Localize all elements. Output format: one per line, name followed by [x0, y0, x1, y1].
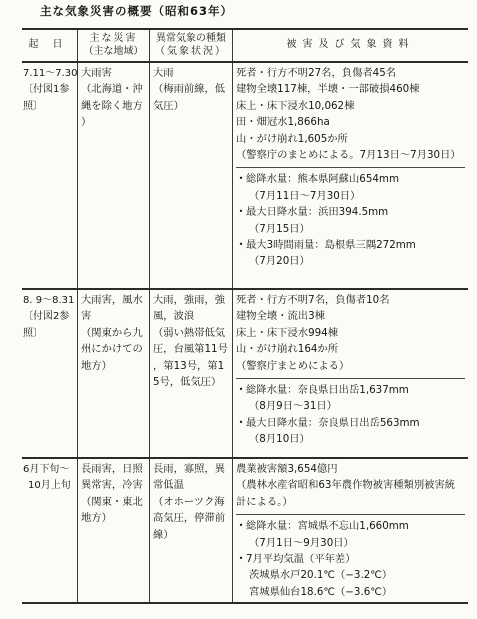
record-main-text: 総降水量：奈良県日出岳1,637mm	[246, 382, 409, 398]
weather-records-section: • 総降水量：宮城県不忘山1,660mm （7月1日～9月30日） • 7月平均…	[236, 514, 465, 600]
cell-date: 7.11～7.30 〔付図1参照〕	[22, 63, 77, 288]
bullet-icon: •	[236, 171, 246, 187]
record-item: • 総降水量：熊本県阿蘇山654mm	[236, 171, 465, 187]
damage-line: 農業被害額3,654億円	[236, 461, 465, 477]
record-sub-text: （8月9日～31日）	[236, 398, 465, 414]
date-period: 8. 9～8.31	[23, 293, 76, 309]
record-item: • 最大3時間雨量：島根県三隅272mm	[236, 237, 465, 253]
damage-line: 床上・床下浸水10,062棟	[236, 98, 465, 114]
damage-source-note: （警察庁まとめによる）	[236, 358, 465, 374]
cell-date: 6月下旬～ 10月上旬	[22, 459, 77, 602]
page-title: 主な気象災害の概要（昭和63年）	[40, 3, 233, 19]
date-figure-note: 〔付図2参照〕	[23, 309, 76, 342]
disaster-row-cool-summer: 6月下旬～ 10月上旬 長雨害，日照異常害，冷害 （関東・東北地方） 長雨，寡照…	[22, 457, 468, 602]
header-date-label: 起日	[23, 39, 77, 52]
cell-date: 8. 9～8.31 〔付図2参照〕	[22, 290, 77, 457]
record-sub-text: 茨城県水戸20.1℃（−3.2℃）	[236, 567, 465, 583]
damage-line: 山・がけ崩れ1,605か所	[236, 131, 465, 147]
date-figure-note: 〔付図1参照〕	[23, 82, 76, 115]
header-disaster-line1: 主な災害	[90, 33, 138, 46]
header-weather-line2: （気象状況）	[155, 46, 227, 59]
damage-line: 建物全壊・流出3棟	[236, 308, 465, 324]
record-item: • 総降水量：奈良県日出岳1,637mm	[236, 382, 465, 398]
bullet-icon: •	[236, 415, 246, 431]
header-weather-line1: 異常気象の種類	[156, 33, 226, 46]
date-period-end: 10月上旬	[23, 478, 76, 494]
cell-damage: 死者・行方不明27名，負傷者45名 建物全壊117棟，半壊・一部破損460棟 床…	[232, 63, 468, 288]
weather-records-section: • 総降水量：奈良県日出岳1,637mm （8月9日～31日） • 最大日降水量…	[236, 378, 465, 448]
record-item: • 7月平均気温（平年差）	[236, 551, 465, 567]
bullet-icon: •	[236, 237, 246, 253]
damage-line: 田・畑冠水1,866ha	[236, 114, 465, 130]
record-main-text: 最大日降水量：浜田394.5mm	[246, 204, 388, 220]
record-sub-text: （8月10日）	[236, 431, 465, 447]
date-period: 7.11～7.30	[23, 66, 76, 82]
record-sub-text: （7月1日～9月30日）	[236, 535, 465, 551]
disaster-row-july-heavy-rain: 7.11～7.30 〔付図1参照〕 大雨害 （北海道・沖縄を除く地方） 大雨 （…	[22, 61, 468, 288]
header-cell-disaster: 主な災害 （主な地域）	[77, 30, 149, 61]
weather-type: 大雨	[153, 65, 229, 81]
record-main-text: 7月平均気温（平年差）	[246, 551, 356, 567]
record-sub-text: 宮城県仙台18.6℃（−3.6℃）	[236, 584, 465, 600]
table-header-row: 起日 主な災害 （主な地域） 異常気象の種類 （気象状況） 被害及び気象資料	[22, 30, 468, 61]
cell-damage: 農業被害額3,654億円 （農林水産省昭和63年農作物被害種類別被害統計による。…	[232, 459, 468, 602]
record-item: • 最大日降水量：浜田394.5mm	[236, 204, 465, 220]
header-cell-damage: 被害及び気象資料	[232, 30, 468, 61]
weather-cause: （弱い熱帯低気圧，台風第11号，第13号，第15号，低気圧）	[153, 325, 229, 391]
header-damage-label: 被害及び気象資料	[287, 39, 415, 52]
damage-source-note: （警察庁のまとめによる。7月13日～7月30日）	[236, 147, 465, 163]
weather-disaster-table: 起日 主な災害 （主な地域） 異常気象の種類 （気象状況） 被害及び気象資料 7…	[22, 28, 468, 604]
record-sub-text: （7月11日～7月30日）	[236, 188, 465, 204]
cell-disaster: 大雨害 （北海道・沖縄を除く地方）	[77, 63, 149, 288]
record-sub-text: （7月20日）	[236, 253, 465, 269]
disaster-region: （関東から九州にかけての地方）	[81, 325, 146, 374]
bullet-icon: •	[236, 204, 246, 220]
weather-type: 大雨，強雨，強風，波浪	[153, 292, 229, 325]
cell-weather: 長雨，寡照，異常低温 （オホーツク海高気圧，停滞前線）	[149, 459, 232, 602]
record-item: • 総降水量：宮城県不忘山1,660mm	[236, 518, 465, 534]
damage-line: 山・がけ崩れ164か所	[236, 341, 465, 357]
disaster-type: 大雨害，風水害	[81, 292, 146, 325]
cell-damage: 死者・行方不明7名，負傷者10名 建物全壊・流出3棟 床上・床下浸水994棟 山…	[232, 290, 468, 457]
bullet-icon: •	[236, 551, 246, 567]
header-disaster-line2: （主な地域）	[84, 46, 144, 59]
damage-line: 床上・床下浸水994棟	[236, 325, 465, 341]
damage-line: 死者・行方不明7名，負傷者10名	[236, 292, 465, 308]
bullet-icon: •	[236, 382, 246, 398]
damage-line: 建物全壊117棟，半壊・一部破損460棟	[236, 81, 465, 97]
cell-disaster: 長雨害，日照異常害，冷害 （関東・東北地方）	[77, 459, 149, 602]
weather-records-section: • 総降水量：熊本県阿蘇山654mm （7月11日～7月30日） • 最大日降水…	[236, 167, 465, 269]
disaster-region: （北海道・沖縄を除く地方）	[81, 81, 146, 130]
weather-cause: （梅雨前線，低気圧）	[153, 81, 229, 114]
header-cell-date: 起日	[22, 30, 77, 61]
damage-source-note: （農林水産省昭和63年農作物被害種類別被害統計による。）	[236, 477, 465, 510]
disaster-region: （関東・東北地方）	[81, 494, 146, 527]
record-main-text: 最大3時間雨量：島根県三隅272mm	[246, 237, 416, 253]
disaster-type: 長雨害，日照異常害，冷害	[81, 461, 146, 494]
weather-cause: （オホーツク海高気圧，停滞前線）	[153, 494, 229, 543]
weather-type: 長雨，寡照，異常低温	[153, 461, 229, 494]
date-period: 6月下旬～	[23, 462, 76, 478]
bullet-icon: •	[236, 518, 246, 534]
record-main-text: 総降水量：宮城県不忘山1,660mm	[246, 518, 409, 534]
record-main-text: 最大日降水量：奈良県日出岳563mm	[246, 415, 420, 431]
disaster-row-august-storm: 8. 9～8.31 〔付図2参照〕 大雨害，風水害 （関東から九州にかけての地方…	[22, 288, 468, 457]
header-cell-weather: 異常気象の種類 （気象状況）	[149, 30, 232, 61]
cell-disaster: 大雨害，風水害 （関東から九州にかけての地方）	[77, 290, 149, 457]
record-main-text: 総降水量：熊本県阿蘇山654mm	[246, 171, 399, 187]
disaster-type: 大雨害	[81, 65, 146, 81]
damage-line: 死者・行方不明27名，負傷者45名	[236, 65, 465, 81]
cell-weather: 大雨 （梅雨前線，低気圧）	[149, 63, 232, 288]
record-item: • 最大日降水量：奈良県日出岳563mm	[236, 415, 465, 431]
cell-weather: 大雨，強雨，強風，波浪 （弱い熱帯低気圧，台風第11号，第13号，第15号，低気…	[149, 290, 232, 457]
record-sub-text: （7月15日）	[236, 221, 465, 237]
